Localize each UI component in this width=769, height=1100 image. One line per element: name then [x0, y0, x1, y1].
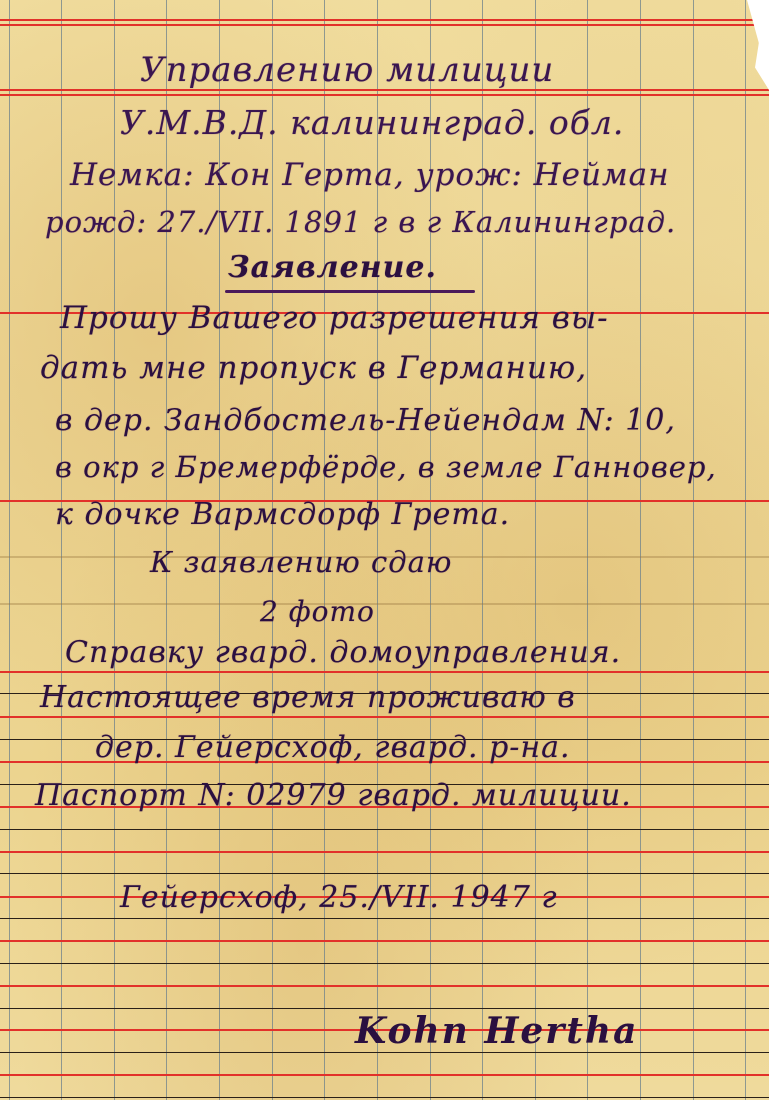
body-line: Паспорт N: 02979 гвард. милиции. [35, 778, 632, 813]
horizontal-rule-black [0, 829, 769, 830]
body-line: дер. Гейерсхоф, гвард. р-на. [95, 730, 571, 765]
body-line: дать мне пропуск в Германию, [40, 350, 587, 386]
body-line: К заявлению сдаю [150, 545, 452, 579]
addressee-line: Управлению милиции [140, 50, 554, 90]
horizontal-rule-black [0, 963, 769, 964]
document-title: Заявление. [228, 250, 437, 285]
horizontal-rule-red [0, 94, 769, 96]
horizontal-rule-red [0, 24, 769, 26]
body-line: в дер. Зандбостель-Нейендам N: 10, [55, 403, 676, 438]
horizontal-rule-red [0, 940, 769, 942]
horizontal-rule-red [0, 716, 769, 718]
applicant-name-line: Немка: Кон Герта, урож: Нейман [70, 157, 670, 193]
horizontal-rule-red [0, 851, 769, 853]
horizontal-rule-red [0, 19, 769, 21]
vertical-rule [9, 0, 10, 1100]
horizontal-rule-black [0, 1052, 769, 1053]
body-line: в окр г Бремерфёрде, в земле Ганновер, [55, 450, 717, 484]
title-underline [225, 290, 475, 293]
horizontal-rule-black [0, 1097, 769, 1098]
place-date-line: Гейерсхоф, 25./VII. 1947 г [120, 880, 558, 915]
horizontal-rule-red [0, 985, 769, 987]
vertical-rule [693, 0, 694, 1100]
body-line: к дочке Вармсдорф Грета. [55, 497, 510, 532]
body-line: 2 фото [260, 595, 375, 628]
addressee-department-line: У.М.В.Д. калининград. обл. [120, 103, 624, 142]
body-line: Прошу Вашего разрешения вы- [60, 300, 609, 336]
horizontal-rule-red [0, 671, 769, 673]
body-line: Настоящее время проживаю в [40, 680, 576, 715]
signature: Kohn Hertha [355, 1010, 638, 1052]
body-line: Справку гвард. домоуправления. [65, 635, 621, 670]
applicant-birth-line: рожд: 27./VII. 1891 г в г Калининград. [45, 205, 676, 239]
paper-sheet: Управлению милиции У.М.В.Д. калининград.… [0, 0, 769, 1100]
horizontal-rule-red [0, 1074, 769, 1076]
vertical-rule [61, 0, 62, 1100]
horizontal-rule-black [0, 1008, 769, 1009]
horizontal-rule-black [0, 873, 769, 874]
horizontal-rule-black [0, 918, 769, 919]
vertical-rule [745, 0, 746, 1100]
paper-crease [0, 603, 769, 605]
